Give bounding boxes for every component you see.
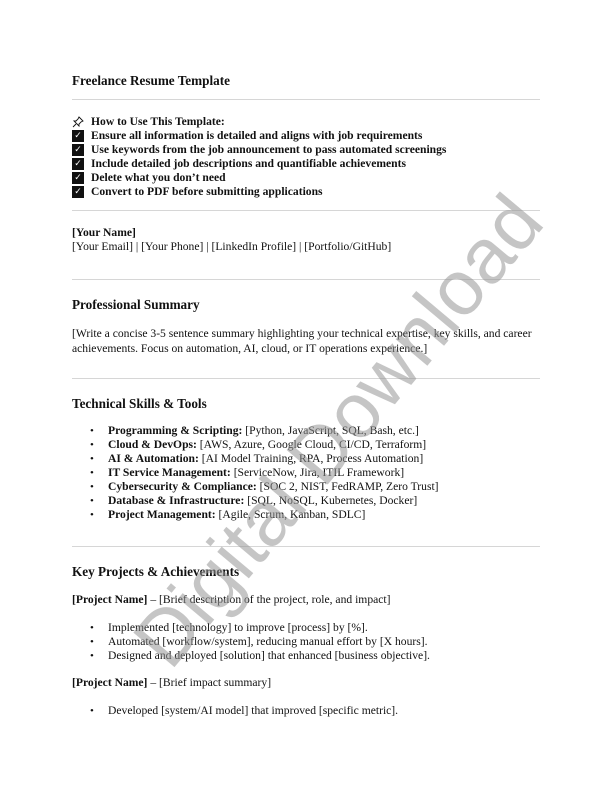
- skill-label: Cloud & DevOps:: [108, 438, 197, 451]
- skill-item: Cybersecurity & Compliance: [SOC 2, NIST…: [72, 480, 439, 494]
- checkbox-checked-icon: ✓: [72, 130, 84, 142]
- how-to-heading: How to Use This Template:: [91, 115, 225, 129]
- summary-heading: Professional Summary: [72, 297, 200, 313]
- project-bullet: Developed [system/AI model] that improve…: [72, 704, 398, 718]
- divider: [72, 99, 540, 100]
- how-to-item-text: Include detailed job descriptions and qu…: [91, 157, 406, 171]
- divider: [72, 279, 540, 280]
- skills-heading: Technical Skills & Tools: [72, 396, 207, 412]
- checkbox-checked-icon: ✓: [72, 158, 84, 170]
- skill-value: [AWS, Azure, Google Cloud, CI/CD, Terraf…: [197, 438, 426, 451]
- skill-label: Project Management:: [108, 508, 216, 521]
- skill-item: AI & Automation: [AI Model Training, RPA…: [72, 452, 439, 466]
- skill-value: [AI Model Training, RPA, Process Automat…: [199, 452, 423, 465]
- project-desc: – [Brief impact summary]: [147, 676, 271, 689]
- checkbox-checked-icon: ✓: [72, 144, 84, 156]
- skill-item: Database & Infrastructure: [SQL, NoSQL, …: [72, 494, 439, 508]
- how-to-item-text: Use keywords from the job announcement t…: [91, 143, 446, 157]
- skill-value: [Python, JavaScript, SQL, Bash, etc.]: [242, 424, 418, 437]
- how-to-item-text: Delete what you don’t need: [91, 171, 226, 185]
- project-bullets: Implemented [technology] to improve [pro…: [72, 621, 430, 663]
- divider: [72, 546, 540, 547]
- skill-label: AI & Automation:: [108, 452, 199, 465]
- skill-label: Programming & Scripting:: [108, 424, 242, 437]
- skill-item: Cloud & DevOps: [AWS, Azure, Google Clou…: [72, 438, 439, 452]
- how-to-heading-row: How to Use This Template:: [72, 115, 446, 129]
- document-title: Freelance Resume Template: [72, 73, 230, 89]
- how-to-item-text: Ensure all information is detailed and a…: [91, 129, 422, 143]
- how-to-item: ✓Convert to PDF before submitting applic…: [72, 185, 446, 199]
- how-to-item: ✓Ensure all information is detailed and …: [72, 129, 446, 143]
- contact-details: [Your Email] | [Your Phone] | [LinkedIn …: [72, 240, 391, 253]
- checkbox-checked-icon: ✓: [72, 186, 84, 198]
- project-bullet: Automated [workflow/system], reducing ma…: [72, 635, 430, 649]
- summary-text: [Write a concise 3-5 sentence summary hi…: [72, 326, 540, 356]
- project-name: [Project Name]: [72, 676, 147, 689]
- skill-value: [SOC 2, NIST, FedRAMP, Zero Trust]: [257, 480, 439, 493]
- skill-item: Project Management: [Agile, Scrum, Kanba…: [72, 508, 439, 522]
- project-bullets: Developed [system/AI model] that improve…: [72, 704, 398, 718]
- how-to-item: ✓Use keywords from the job announcement …: [72, 143, 446, 157]
- how-to-item: ✓Include detailed job descriptions and q…: [72, 157, 446, 171]
- skill-label: IT Service Management:: [108, 466, 231, 479]
- project-bullet: Implemented [technology] to improve [pro…: [72, 621, 430, 635]
- skill-value: [ServiceNow, Jira, ITIL Framework]: [231, 466, 404, 479]
- project-desc: – [Brief description of the project, rol…: [147, 593, 390, 606]
- divider: [72, 378, 540, 379]
- how-to-item: ✓Delete what you don’t need: [72, 171, 446, 185]
- project-title: [Project Name] – [Brief description of t…: [72, 593, 390, 606]
- skills-list: Programming & Scripting: [Python, JavaSc…: [72, 424, 439, 522]
- skill-item: Programming & Scripting: [Python, JavaSc…: [72, 424, 439, 438]
- project-name: [Project Name]: [72, 593, 147, 606]
- projects-heading: Key Projects & Achievements: [72, 564, 239, 580]
- how-to-item-text: Convert to PDF before submitting applica…: [91, 185, 323, 199]
- pushpin-icon: [72, 116, 84, 128]
- project-bullet: Designed and deployed [solution] that en…: [72, 649, 430, 663]
- project-title: [Project Name] – [Brief impact summary]: [72, 676, 271, 689]
- checkbox-checked-icon: ✓: [72, 172, 84, 184]
- skill-value: [SQL, NoSQL, Kubernetes, Docker]: [244, 494, 417, 507]
- candidate-name: [Your Name]: [72, 226, 136, 239]
- skill-label: Database & Infrastructure:: [108, 494, 244, 507]
- skill-label: Cybersecurity & Compliance:: [108, 480, 257, 493]
- skill-item: IT Service Management: [ServiceNow, Jira…: [72, 466, 439, 480]
- skill-value: [Agile, Scrum, Kanban, SDLC]: [216, 508, 366, 521]
- how-to-section: How to Use This Template: ✓Ensure all in…: [72, 115, 446, 199]
- divider: [72, 210, 540, 211]
